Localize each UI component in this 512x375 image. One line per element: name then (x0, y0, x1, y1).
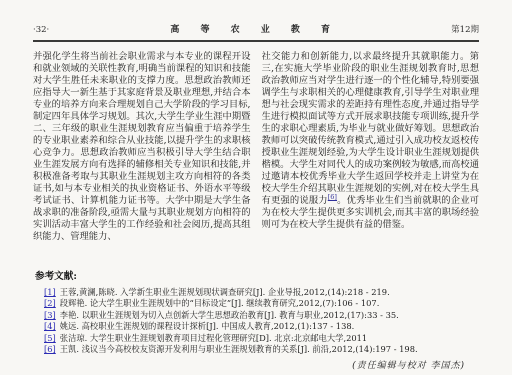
reference-link-3[interactable]: [3] (44, 310, 56, 320)
editor-note-text: (责任编辑与校对 李国杰) (352, 361, 465, 371)
reference-item: [6]王凯. 浅议当今高校校友资源开发利用与职业生涯规划教育的关系[J]. 前沿… (44, 344, 479, 355)
right-column-text-1: 社交能力和创新能力,以求最终提升其就职能力。第三,在实施大学毕业阶段的职业生涯规… (262, 51, 480, 206)
reference-text: 姚远. 高校职业生涯规划的课程设计探析[J]. 中国成人教育,2012,(1):… (60, 321, 355, 331)
journal-title: 高 等 农 业 教 育 (161, 22, 339, 35)
reference-link-5[interactable]: [5] (44, 333, 56, 343)
reference-link-6[interactable]: [6] (44, 344, 56, 354)
reference-link-2[interactable]: [2] (44, 298, 56, 308)
page-number: ·32· (33, 25, 49, 35)
reference-item: [4]姚远. 高校职业生涯规划的课程设计探析[J]. 中国成人教育,2012,(… (44, 321, 479, 332)
reference-text: 王凯. 浅议当今高校校友资源开发利用与职业生涯规划教育的关系[J]. 前沿,20… (60, 344, 418, 354)
reference-link-1[interactable]: [1] (44, 287, 56, 297)
reference-text: 王蓉,黄澜,陈晓. 入学新生职业生涯规划现状调查研究[J]. 企业导报,2012… (60, 287, 390, 297)
references-list: [1]王蓉,黄澜,陈晓. 入学新生职业生涯规划现状调查研究[J]. 企业导报,2… (33, 287, 479, 355)
issue-number: 第12期 (451, 23, 479, 35)
reference-text: 张洁琼. 大学生职业生涯规划教育项目过程化管理研究[D]. 北京:北京邮电大学,… (60, 333, 367, 343)
header-divider (33, 40, 479, 42)
citation-superscript[interactable]: [6] (328, 193, 337, 201)
reference-item: [5]张洁琼. 大学生职业生涯规划教育项目过程化管理研究[D]. 北京:北京邮电… (44, 333, 479, 344)
journal-page: ·32· 高 等 农 业 教 育 第12期 并强化学生将当前社会职业需求与本专业… (0, 0, 512, 375)
reference-item: [3]李艳. 以职业生涯规划为切入点创新大学生思想政治教育[J]. 教育与职业,… (44, 310, 479, 321)
reference-link-4[interactable]: [4] (44, 321, 56, 331)
reference-text: 李艳. 以职业生涯规划为切入点创新大学生思想政治教育[J]. 教育与职业,201… (60, 310, 399, 320)
reference-text: 段辉艳. 论大学生职业生涯规划中的“目标设定”[J]. 继续教育研究,2012,… (60, 298, 380, 308)
left-column-text: 并强化学生将当前社会职业需求与本专业的课程开设和就业领域的关联性教育,明确当前课… (33, 51, 251, 242)
references-heading: 参考文献: (35, 268, 479, 282)
body-text: 并强化学生将当前社会职业需求与本专业的课程开设和就业领域的关联性教育,明确当前课… (0, 51, 512, 247)
editor-note: (责任编辑与校对 李国杰) (0, 358, 512, 371)
page-header: ·32· 高 等 农 业 教 育 第12期 (0, 22, 512, 35)
left-column: 并强化学生将当前社会职业需求与本专业的课程开设和就业领域的关联性教育,明确当前课… (33, 51, 251, 247)
references-section: 参考文献: [1]王蓉,黄澜,陈晓. 入学新生职业生涯规划现状调查研究[J]. … (0, 268, 512, 355)
reference-item: [2]段辉艳. 论大学生职业生涯规划中的“目标设定”[J]. 继续教育研究,20… (44, 298, 479, 309)
reference-item: [1]王蓉,黄澜,陈晓. 入学新生职业生涯规划现状调查研究[J]. 企业导报,2… (44, 287, 479, 298)
right-column: 社交能力和创新能力,以求最终提升其就职能力。第三,在实施大学毕业阶段的职业生涯规… (262, 51, 480, 247)
